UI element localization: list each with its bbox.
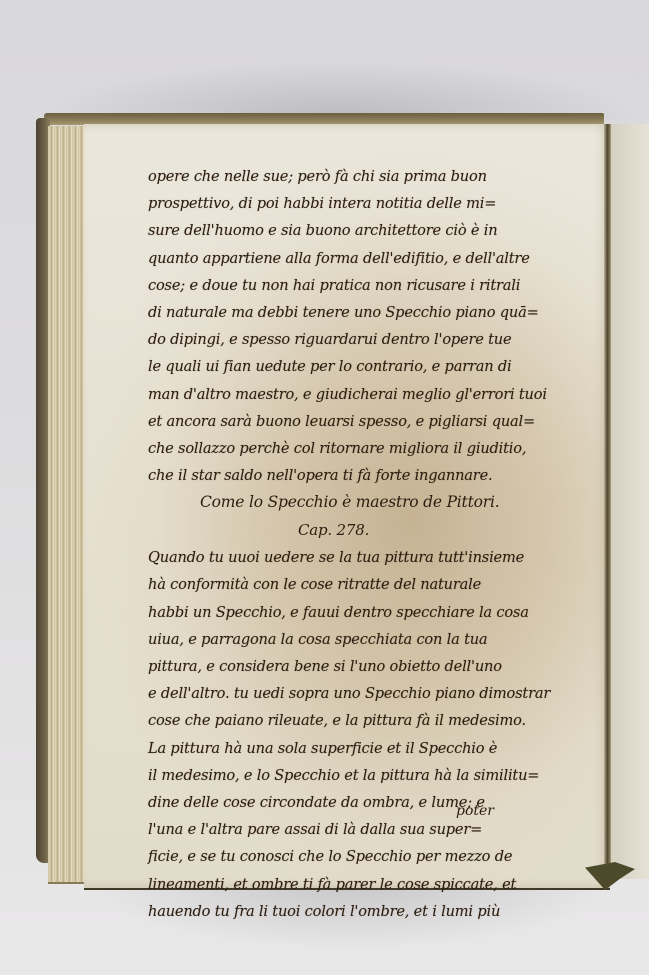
text-line: l'una e l'altra pare assai di là dalla s… — [148, 816, 558, 843]
text-line: sure dell'huomo e sia buono architettore… — [148, 217, 558, 244]
catchword: poter — [456, 803, 494, 819]
text-line: lineamenti, et ombre ti fà parer le cose… — [148, 871, 558, 898]
chapter-label: Cap. 278. — [148, 516, 558, 544]
text-line: pittura, e considera bene si l'uno obiet… — [148, 653, 558, 680]
text-line: Quando tu uuoi uedere se la tua pittura … — [148, 544, 558, 571]
open-book: opere che nelle sue; però fà chi sia pri… — [0, 0, 649, 975]
text-line: hauendo tu fra li tuoi colori l'ombre, e… — [148, 898, 558, 925]
text-line: prospettivo, di poi habbi intera notitia… — [148, 190, 558, 217]
text-line: uiua, e parragona la cosa specchiata con… — [148, 626, 558, 653]
paragraph-2: Quando tu uuoi uedere se la tua pittura … — [148, 544, 558, 925]
text-line: e dell'altro. tu uedi sopra uno Specchio… — [148, 680, 558, 707]
page-stack-edge — [48, 126, 86, 884]
text-line: do dipingi, e spesso riguardarui dentro … — [148, 326, 558, 353]
text-line: quanto appartiene alla forma dell'edifit… — [148, 245, 558, 272]
text-line: hà conformità con le cose ritratte del n… — [148, 571, 558, 598]
text-line: man d'altro maestro, e giudicherai megli… — [148, 381, 558, 408]
manuscript-text: opere che nelle sue; però fà chi sia pri… — [148, 163, 558, 925]
text-line: dine delle cose circondate da ombra, e l… — [148, 789, 558, 816]
text-line: habbi un Specchio, e fauui dentro specch… — [148, 599, 558, 626]
text-line: opere che nelle sue; però fà chi sia pri… — [148, 163, 558, 190]
paragraph-1: opere che nelle sue; però fà chi sia pri… — [148, 163, 558, 489]
text-line: ficie, e se tu conosci che lo Specchio p… — [148, 843, 558, 870]
text-line: le quali ui fian uedute per lo contrario… — [148, 353, 558, 380]
text-line: La pittura hà una sola superficie et il … — [148, 735, 558, 762]
text-line: cose; e doue tu non hai pratica non ricu… — [148, 272, 558, 299]
text-line: che il star saldo nell'opera ti fà forte… — [148, 462, 558, 489]
text-line: cose che paiano rileuate, e la pittura f… — [148, 707, 558, 734]
text-line: et ancora sarà buono leuarsi spesso, e p… — [148, 408, 558, 435]
text-line: di naturale ma debbi tenere uno Specchio… — [148, 299, 558, 326]
text-line: che sollazzo perchè col ritornare miglio… — [148, 435, 558, 462]
facing-page — [611, 124, 649, 879]
section-heading: Come lo Specchio è maestro de Pittori. — [148, 489, 558, 516]
text-line: il medesimo, e lo Specchio et la pittura… — [148, 762, 558, 789]
